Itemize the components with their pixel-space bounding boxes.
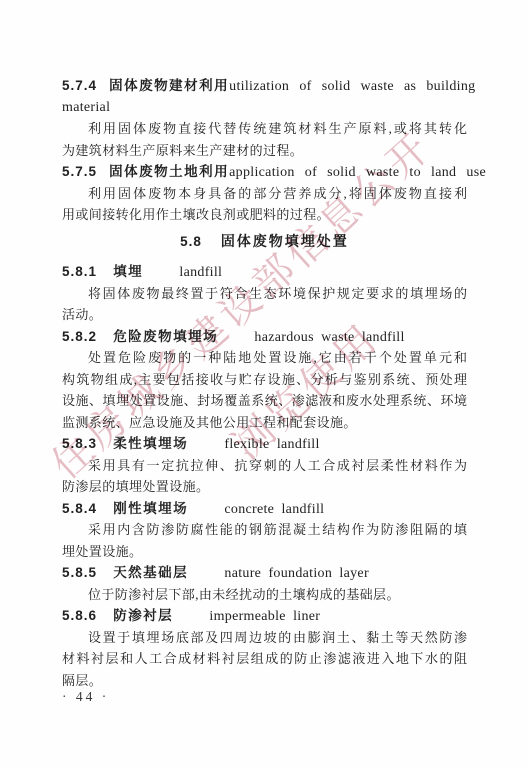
entry-term-en: impermeable liner (209, 609, 320, 624)
entry-5-8-4: 5.8.4 刚性填埋场 concrete landfill (62, 498, 467, 520)
entry-term-zh: 天然基础层 (113, 565, 188, 580)
entry-term-zh: 固体废物建材利用 (109, 75, 229, 97)
definition-line: 将固体废物最终置于符合生态环境保护规定要求的填埋场的 (62, 283, 467, 305)
entry-number: 5.7.4 (62, 75, 97, 97)
entry-term-zh: 固体废物土地利用 (109, 161, 229, 183)
entry-5-7-4: 5.7.4 固体废物建材利用 utilization of solid wast… (62, 75, 467, 97)
entry-number: 5.7.5 (62, 161, 97, 183)
entry-term-en-continuation: material (62, 97, 467, 119)
definition-line: 为建筑材料生产原料来生产建材的过程。 (62, 140, 467, 162)
entry-term-en: nature foundation layer (224, 566, 369, 581)
definition-line: 利用固体废物直接代替传统建筑材料生产原料,或将其转化 (62, 118, 467, 140)
entry-5-8-5: 5.8.5 天然基础层 nature foundation layer (62, 562, 467, 584)
entry-number: 5.8.4 (62, 501, 97, 516)
definition-line: 设施、填埋处置设施、封场覆盖系统、渗滤液和废水处理系统、环境 (62, 390, 467, 412)
entry-5-8-6: 5.8.6 防渗衬层 impermeable liner (62, 605, 467, 627)
definition-line: 利用固体废物本身具备的部分营养成分,将固体废物直接利 (62, 183, 467, 205)
entry-5-8-3: 5.8.3 柔性填埋场 flexible landfill (62, 433, 467, 455)
terminology-content: 5.7.4 固体废物建材利用 utilization of solid wast… (62, 75, 467, 691)
definition-line: 防渗层的填埋处置设施。 (62, 476, 467, 498)
entry-term-en: flexible landfill (224, 437, 319, 452)
document-page: 5.7.4 固体废物建材利用 utilization of solid wast… (0, 0, 529, 768)
definition-line: 构筑物组成,主要包括接收与贮存设施、分析与鉴别系统、预处理 (62, 369, 467, 391)
section-title: 固体废物填埋处置 (221, 233, 349, 249)
entry-term-en: hazardous waste landfill (254, 330, 404, 345)
definition-line: 设置于填埋场底部及四周边坡的由膨润土、黏土等天然防渗 (62, 627, 467, 649)
entry-number: 5.8.3 (62, 436, 97, 451)
entry-term-zh: 危险废物填埋场 (113, 329, 218, 344)
page-number: · 44 · (62, 689, 109, 705)
entry-5-8-1: 5.8.1 填埋 landfill (62, 261, 467, 283)
entry-term-en: application of solid waste to land use (229, 162, 486, 184)
definition-line: 位于防渗衬层下部,由未经扰动的土壤构成的基础层。 (62, 584, 467, 606)
definition-line: 监测系统、应急设施及其他公用工程和配套设施。 (62, 412, 467, 434)
section-number: 5.8 (180, 234, 202, 249)
definition-line: 埋处置设施。 (62, 541, 467, 563)
entry-number: 5.8.6 (62, 608, 97, 623)
entry-term-zh: 刚性填埋场 (113, 501, 188, 516)
entry-number: 5.8.5 (62, 565, 97, 580)
entry-5-7-5: 5.7.5 固体废物土地利用 application of solid wast… (62, 161, 467, 183)
entry-term-zh: 柔性填埋场 (113, 436, 188, 451)
definition-line: 活动。 (62, 304, 467, 326)
definition-line: 材料衬层和人工合成材料衬层组成的防止渗滤液进入地下水的阻 (62, 648, 467, 670)
definition-line: 采用内含防渗防腐性能的钢筋混凝土结构作为防渗阻隔的填 (62, 519, 467, 541)
definition-line: 用或间接转化用作土壤改良剂或肥料的过程。 (62, 204, 467, 226)
entry-term-en: utilization of solid waste as building (229, 76, 475, 98)
entry-term-en: landfill (179, 265, 222, 280)
definition-line: 采用具有一定抗拉伸、抗穿刺的人工合成衬层柔性材料作为 (62, 455, 467, 477)
section-heading-5-8: 5.8 固体废物填埋处置 (62, 231, 467, 253)
entry-term-zh: 防渗衬层 (113, 608, 173, 623)
entry-term-en: concrete landfill (224, 502, 324, 517)
entry-term-zh: 填埋 (113, 264, 143, 279)
definition-line: 隔层。 (62, 670, 467, 692)
entry-number: 5.8.1 (62, 264, 97, 279)
definition-line: 处置危险废物的一种陆地处置设施,它由若干个处置单元和 (62, 347, 467, 369)
entry-5-8-2: 5.8.2 危险废物填埋场 hazardous waste landfill (62, 326, 467, 348)
entry-number: 5.8.2 (62, 329, 97, 344)
